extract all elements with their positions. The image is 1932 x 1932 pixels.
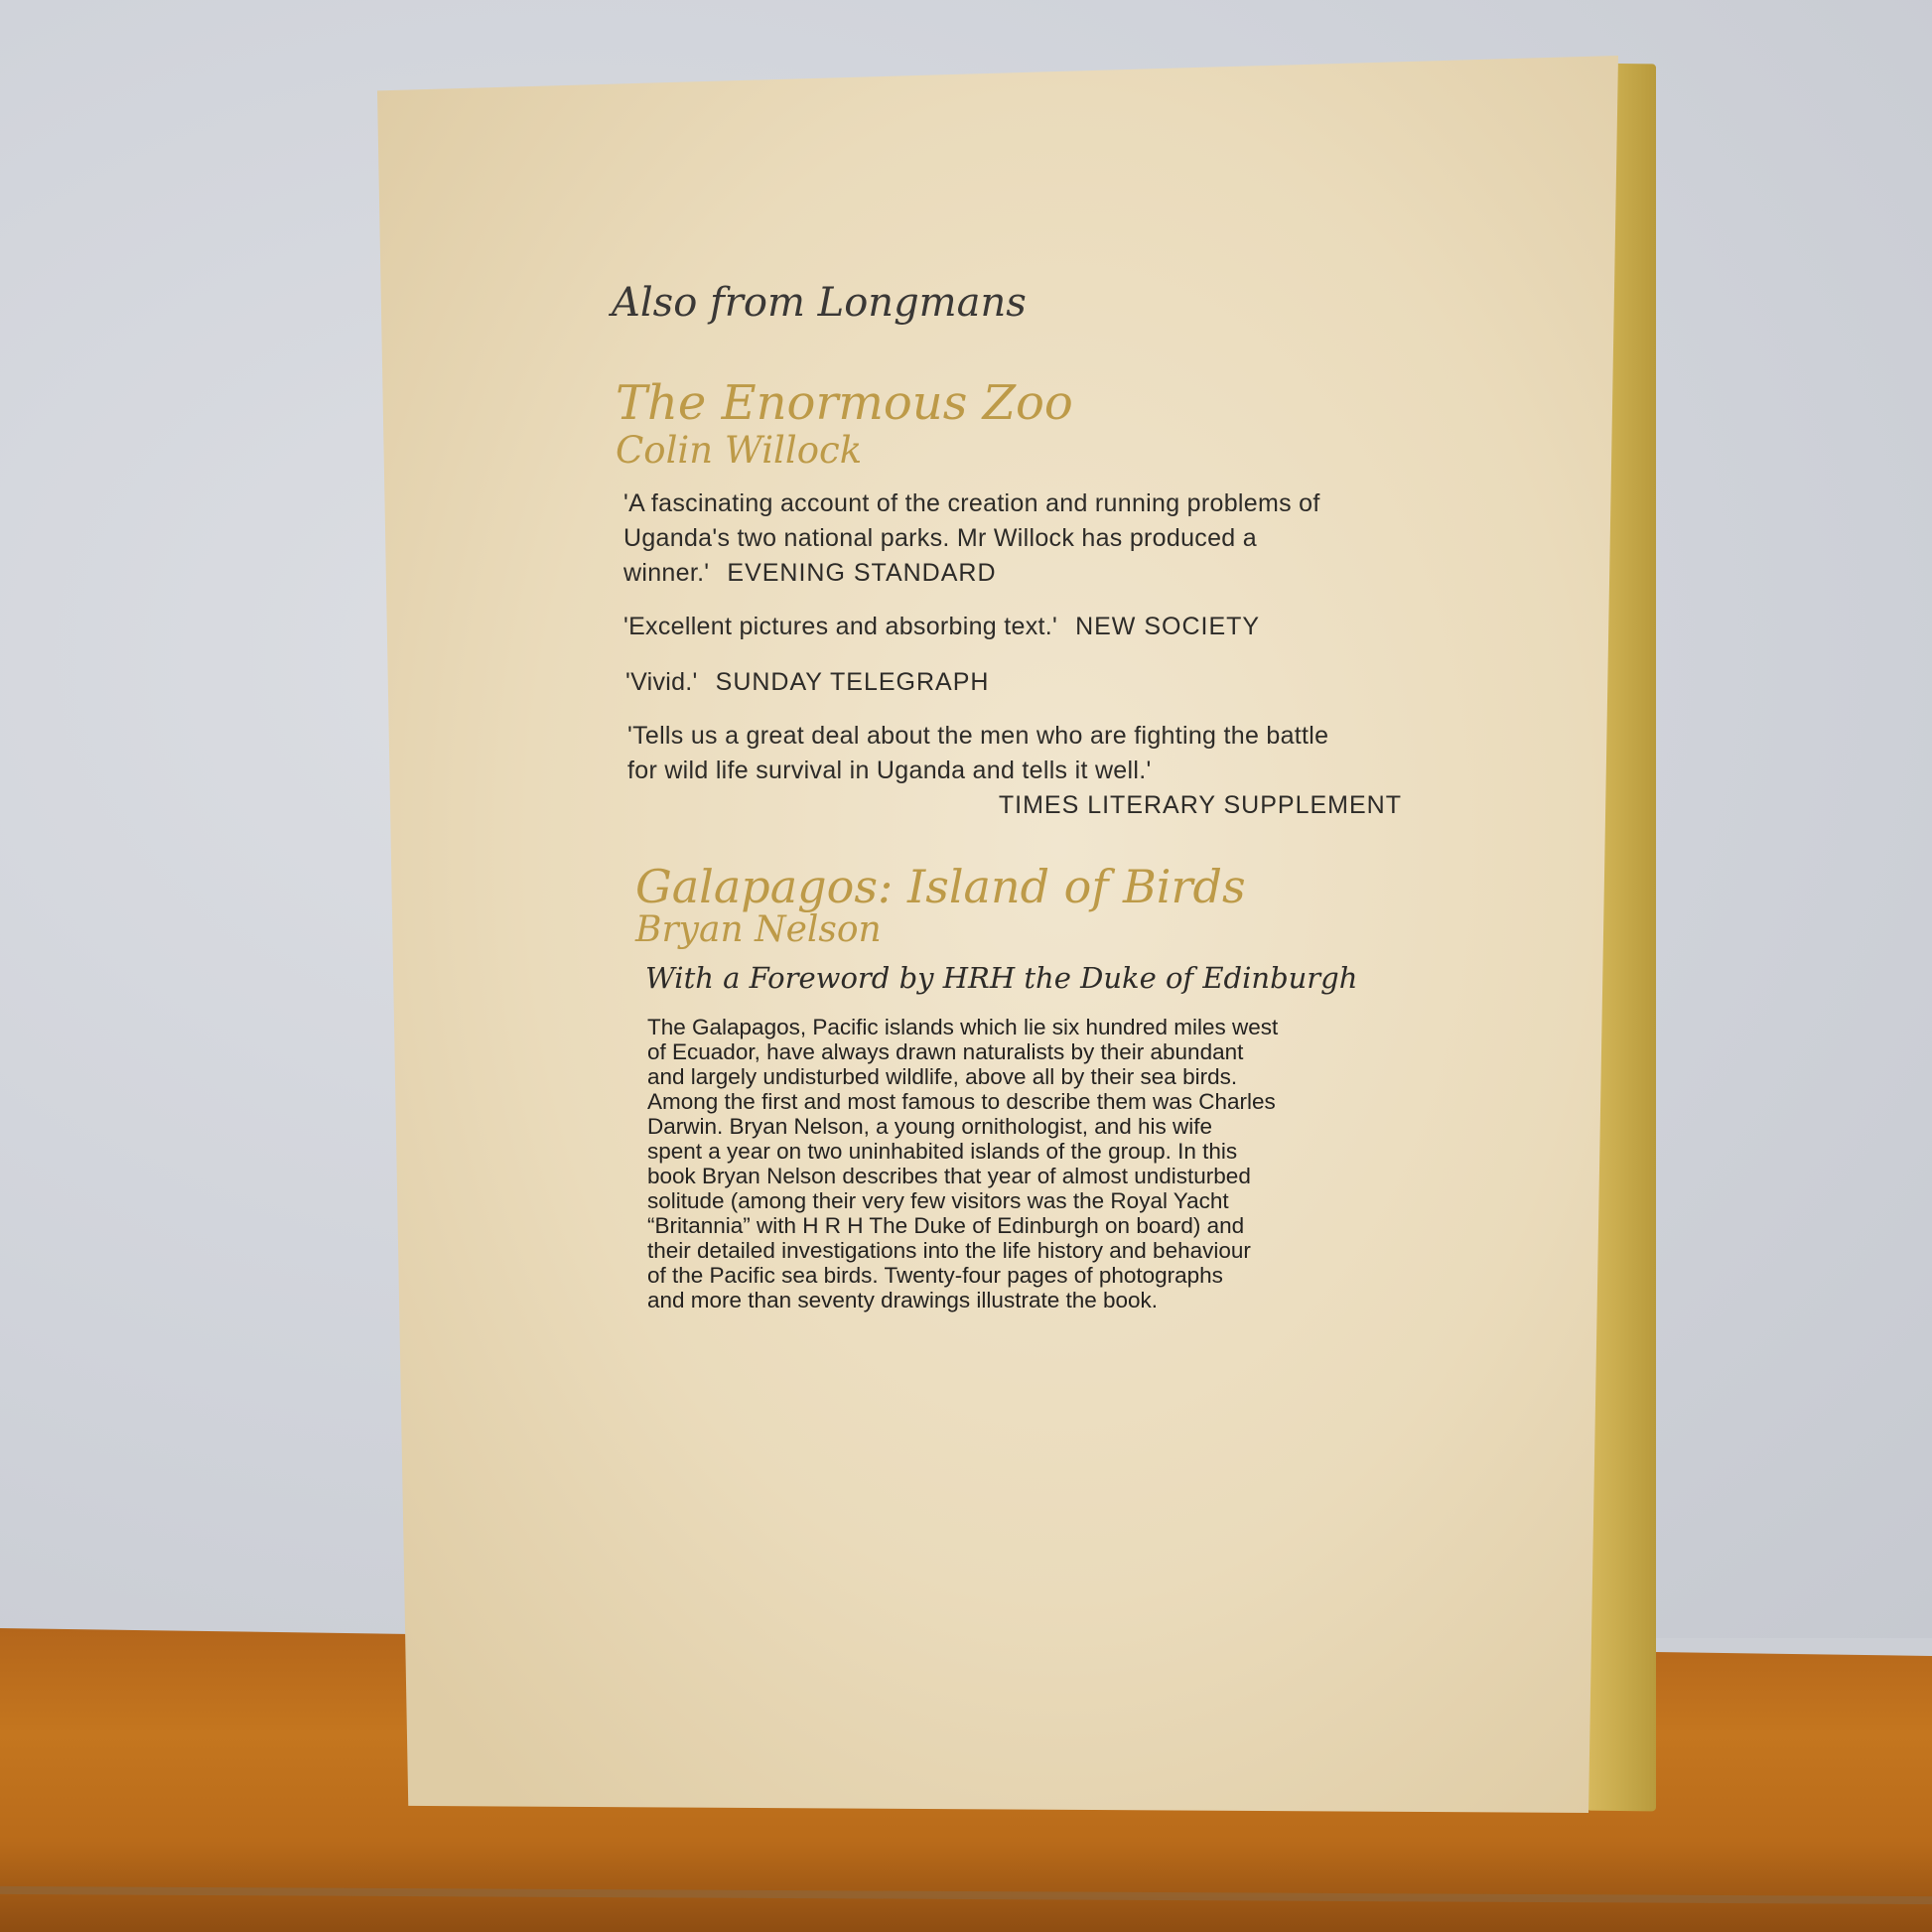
book-title-1: The Enormous Zoo <box>616 375 1073 431</box>
publisher-header: Also from Longmans <box>612 280 1027 326</box>
cover-text: Also from Longmans The Enormous Zoo Coli… <box>0 0 1932 1932</box>
review-source: NEW SOCIETY <box>1075 613 1260 640</box>
review-source: EVENING STANDARD <box>727 559 996 587</box>
review-1: 'A fascinating account of the creation a… <box>623 486 1408 591</box>
review-4: 'Tells us a great deal about the men who… <box>627 719 1402 823</box>
book-author-1: Colin Willock <box>616 429 862 472</box>
book-title-2: Galapagos: Island of Birds <box>635 860 1246 913</box>
review-source: SUNDAY TELEGRAPH <box>716 668 990 696</box>
review-2: 'Excellent pictures and absorbing text.'… <box>623 610 1260 644</box>
book-author-2: Bryan Nelson <box>635 909 882 950</box>
review-3: 'Vivid.'SUNDAY TELEGRAPH <box>625 665 989 700</box>
book-blurb: The Galapagos, Pacific islands which lie… <box>647 1015 1402 1312</box>
foreword-note: With a Foreword by HRH the Duke of Edinb… <box>645 961 1357 995</box>
review-source: TIMES LITERARY SUPPLEMENT <box>627 788 1402 823</box>
